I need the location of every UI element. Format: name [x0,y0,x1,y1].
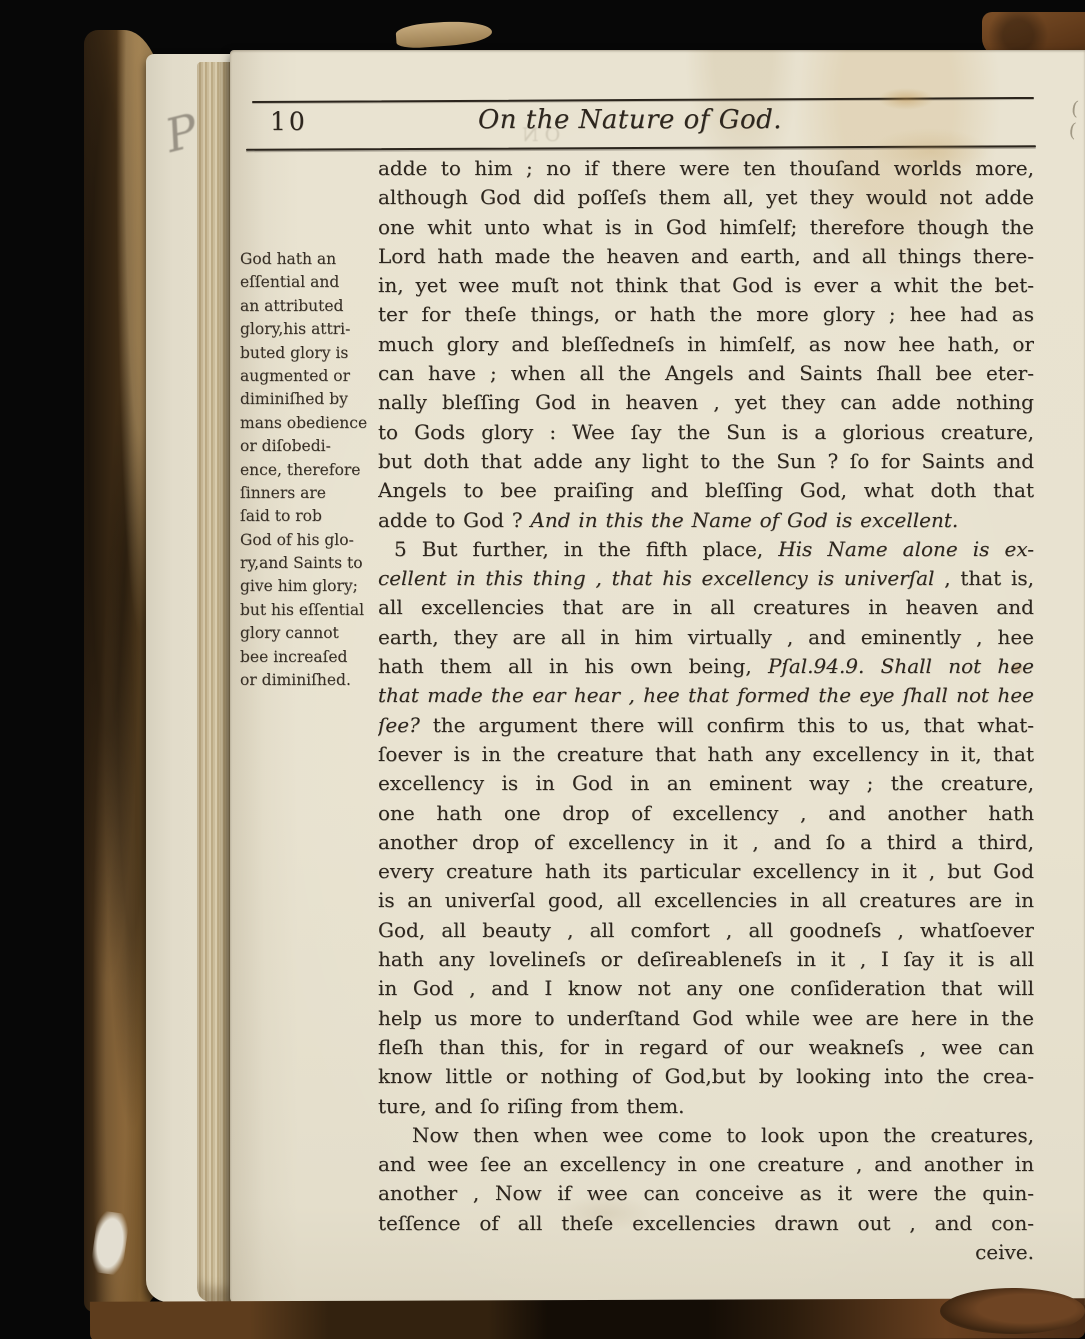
body-line: nally bleſſing God in heaven , yet they … [378,388,1034,417]
book-cover-bottom-edge [90,1298,1085,1339]
margin-note-line: an attributed [240,295,386,318]
body-line: 5 But further, in the fifth place, His N… [378,535,1034,564]
body-line: one hath one drop of excellency , and an… [378,799,1034,828]
body-line: adde to him ; no if there were ten thouſ… [378,154,1034,183]
body-line: another drop of excellency in it , and ſ… [378,828,1034,857]
book-page: 10 On the Nature of God. ON ( ( God hath… [230,50,1085,1305]
margin-note-line: glory cannot [240,622,386,645]
book-cover-bottom-right-corner [940,1288,1085,1334]
catchword: ceive. [378,1238,1034,1267]
margin-note-line: eſſential and [240,271,386,294]
pencil-mark-top-right: ( ( [1068,97,1085,142]
body-line: every creature hath its particular excel… [378,857,1034,886]
body-line: ter for theſe things, or hath the more g… [378,300,1034,329]
margin-note-line: mans obedience [240,412,386,435]
margin-note-line: or diminiſhed. [240,669,386,692]
margin-note-line: ſaid to rob [240,505,386,528]
body-line: although God did poſſeſs them all, yet t… [378,183,1034,212]
stain [878,88,934,110]
body-line: in God , and I know not any one conſider… [378,974,1034,1003]
body-line: teſſence of all theſe excellencies drawn… [378,1209,1034,1238]
margin-note-line: ry,and Saints to [240,552,386,575]
body-line: Angels to bee praiſing and bleſſing God,… [378,476,1034,505]
margin-note-line: bee increaſed [240,646,386,669]
body-line: and wee ſee an excellency in one creatur… [378,1150,1034,1179]
margin-note-line: give him glory; [240,575,386,598]
body-line: hath any lovelineſs or deſireableneſs in… [378,945,1034,974]
margin-note-line: ſinners are [240,482,386,505]
body-line: all excellencies that are in all creatur… [378,593,1034,622]
body-line: excellency is in God in an eminent way ;… [378,769,1034,798]
margin-note: God hath aneſſential andan attributedglo… [240,248,386,692]
running-title: On the Nature of God. [340,105,920,135]
margin-note-line: but his eſſential [240,599,386,622]
show-through-text: ON [516,124,560,146]
body-line: can have ; when all the Angels and Saint… [378,359,1034,388]
body-line: ſoever is in the creature that hath any … [378,740,1034,769]
body-line: God, all beauty , all comfort , all good… [378,916,1034,945]
margin-note-line: buted glory is [240,342,386,365]
body-line: fleſh than this, for in regard of our we… [378,1033,1034,1062]
body-line: to Gods glory : Wee ſay the Sun is a glo… [378,418,1034,447]
margin-note-line: augmented or [240,365,386,388]
margin-note-line: diminiſhed by [240,388,386,411]
scanned-book-photo: P 10 On the Nature of God. ON ( ( God ha… [0,0,1085,1339]
margin-note-line: God hath an [240,248,386,271]
body-line: Lord hath made the heaven and earth, and… [378,242,1034,271]
body-line: cellent in this thing , that his excelle… [378,564,1034,593]
body-line: Now then when wee come to look upon the … [378,1121,1034,1150]
body-line: is an univerſal good, all excellencies i… [378,886,1034,915]
body-line: another , Now if wee can conceive as it … [378,1179,1034,1208]
body-line: adde to God ? And in this the Name of Go… [378,506,1034,535]
margin-note-line: glory,his attri- [240,318,386,341]
body-line: help us more to underſtand God while wee… [378,1004,1034,1033]
body-line: one whit unto what is in God himſelf; th… [378,213,1034,242]
body-line: in, yet wee muſt not think that God is e… [378,271,1034,300]
margin-note-line: God of his glo- [240,529,386,552]
body-line: know little or nothing of God,but by loo… [378,1062,1034,1091]
margin-note-line: ence, therefore [240,459,386,482]
body-line: ture, and ſo riſing from them. [378,1092,1034,1121]
body-line: earth, they are all in him virtually , a… [378,623,1034,652]
body-line: much glory and bleſſedneſs in himſelf, a… [378,330,1034,359]
body-text: adde to him ; no if there were ten thouſ… [378,154,1034,1267]
page-number: 10 [270,107,308,136]
body-line: hath them all in his own being, Pſal.94.… [378,652,1034,681]
margin-note-line: or diſobedi- [240,435,386,458]
body-line: that made the ear hear , hee that formed… [378,681,1034,710]
body-line: but doth that adde any light to the Sun … [378,447,1034,476]
body-line: ſee? the argument there will confirm thi… [378,711,1034,740]
stacked-page-edges [197,62,234,1302]
